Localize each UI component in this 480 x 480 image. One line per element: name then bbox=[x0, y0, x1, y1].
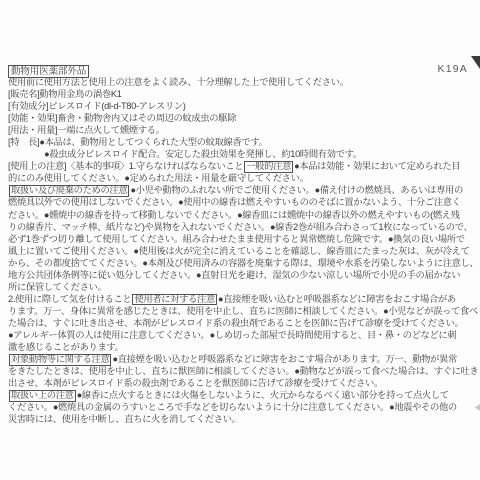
text-line: 地方公共団体条例等に従い処分してください。●直射日光を避け、湿気の少ない涼しい場… bbox=[8, 269, 474, 281]
text-line: 所に保管してください。 bbox=[8, 281, 474, 293]
line-text: 風上に置いてご使用ください。●使用後は火が完全に消えていることを確認し、線香皿に… bbox=[8, 246, 470, 256]
line-text: 2.使用に際して気を付けること bbox=[8, 294, 131, 304]
section-heading-badge: 一般的注意 bbox=[244, 161, 293, 173]
line-text: ●直接煙を吸い込むと呼吸器系などに障害をおこす場合があります。万一、動物が異常 bbox=[112, 354, 457, 364]
text-line: [販売名]動物用金鳥の渦巻K1 bbox=[8, 88, 474, 100]
line-text: [特 長]●本品は、動物用としてつくられた大型の蚊取線香です。 bbox=[8, 137, 268, 147]
text-line: 出させ、本剤がピレスロイド系の殺虫剤であることを獣医師に告げて診療を受けてくださ… bbox=[8, 377, 474, 389]
line-text: 的にのみ使用してください。●定められた用法・用量を厳守してください。 bbox=[8, 173, 309, 183]
text-line: ださい。●燻焼中の線香を持って移動しないでください。●線香皿には燻焼中の線香以外… bbox=[8, 209, 474, 221]
label-content: 動物用医薬部外品 使用前に使用方法と使用上の注意をよく読み、十分理解した上で使用… bbox=[8, 61, 474, 425]
line-text: ●本品は効能・効果において定められた目 bbox=[294, 161, 460, 171]
line-text: 燃焼具以外での使用はしないでください。●使用中の線香は燃えやすいもののそばに置か… bbox=[8, 197, 461, 207]
line-text: 出させ、本剤がピレスロイド系の殺虫剤であることを獣医師に告げて診療を受けてくださ… bbox=[8, 378, 383, 388]
line-text: ●直接煙を吸い込むと呼吸器系などに障害をおこす場合があ bbox=[218, 294, 456, 304]
text-line: [用法・用量]一端に点火して燻煙する。 bbox=[8, 124, 474, 136]
text-line: 燃焼具以外での使用はしないでください。●使用中の線香は燃えやすいもののそばに置か… bbox=[8, 196, 474, 208]
text-line: りの線香片、マッチ棒、紙片など)や異物を入れないでください。●線香2巻が組み合わ… bbox=[8, 221, 474, 233]
line-text: ●線香に点火するときには火傷をしないように、火元からなるべく遠い部分を持って点火… bbox=[77, 390, 449, 400]
text-line: 取扱い上の注意●線香に点火するときには火傷をしないように、火元からなるべく遠い部… bbox=[8, 389, 474, 401]
line-text: ります。万一、身体に異常を感じたときは、使用を中止し、直ちに医師に相談してくださ… bbox=[8, 306, 478, 316]
line-text: ●小児や動物のふれない所でご使用ください。●備え付けの燃焼具、あるいは専用の bbox=[130, 185, 463, 195]
header-row: 動物用医薬部外品 bbox=[8, 61, 474, 76]
text-line: ります。万一、身体に異常を感じたときは、使用を中止し、直ちに医師に相談してくださ… bbox=[8, 305, 474, 317]
line-text: [販売名]動物用金鳥の渦巻K1 bbox=[8, 89, 122, 99]
text-line: [特 長]●本品は、動物用としてつくられた大型の蚊取線香です。 bbox=[8, 136, 474, 148]
line-text: 災害時には、使用を中断し、直ちに火を消してください。 bbox=[8, 414, 241, 424]
line-text: りの線香片、マッチ棒、紙片など)や異物を入れないでください。●線香2巻が組み合わ… bbox=[8, 222, 472, 232]
line-text: [使用上の注意]〈基本的事項〉1.守らなければならないこと bbox=[8, 161, 243, 171]
section-heading-badge: 取扱い及び廃棄のための注意 bbox=[9, 185, 129, 197]
line-text: をきたしたときは、使用を中止し、直ちに獣医師に相談してください。●動物などが誤っ… bbox=[8, 366, 479, 376]
line-text: 必ず1巻ずつ切り離して使用してください。組み合わせたまま使用すると異常燃焼し危険… bbox=[8, 234, 465, 244]
text-line: [使用上の注意]〈基本的事項〉1.守らなければならないこと一般的注意●本品は効能… bbox=[8, 160, 474, 172]
line-text: 所に保管してください。 bbox=[8, 282, 106, 292]
label-sheet: K19A 動物用医薬部外品 使用前に使用方法と使用上の注意をよく読み、十分理解し… bbox=[0, 0, 480, 480]
line-text: [用法・用量]一端に点火して燻煙する。 bbox=[8, 125, 165, 135]
line-text: 地方公共団体条例等に従い処分してください。●直射日光を避け、湿気の少ない涼しい場… bbox=[8, 270, 460, 280]
line-text: 使用前に使用方法と使用上の注意をよく読み、十分理解した上で使用してください。 bbox=[8, 77, 349, 87]
text-line: [効能・効果]畜舎・動物舎内又はその周辺の蚊成虫の駆除 bbox=[8, 112, 474, 124]
section-heading-badge: 使用者に対する注意 bbox=[132, 294, 217, 306]
line-text: ●殺虫成分ピレスロイド配合。安定した殺虫効果を発揮し、約10時間有効です。 bbox=[44, 149, 362, 159]
line-text: ●アレルギー体質の人は使用に注意してください。●しめ切った部屋で長時間使用すると… bbox=[8, 330, 456, 340]
text-line: 2.使用に際して気を付けること使用者に対する注意●直接煙を吸い込むと呼吸器系など… bbox=[8, 293, 474, 305]
line-text: 激を感じることがあります。 bbox=[8, 342, 124, 352]
text-line: をきたしたときは、使用を中止し、直ちに獣医師に相談してください。●動物などが誤っ… bbox=[8, 365, 474, 377]
line-text: から、その都度捨ててください。●本剤及び使用済みの容器を廃棄する際は、環境や水系… bbox=[8, 258, 479, 268]
line-text: た場合は、すぐに吐き出させ、本剤がピレスロイド系の殺虫剤であることを医師に告げて… bbox=[8, 318, 463, 328]
line-text: [有効成分]ピレスロイド(dl-d-T80-アレスリン) bbox=[8, 101, 186, 111]
text-line: ください。●燃焼具の金属のうすいところで手などを切らないように十分に注意してくだ… bbox=[8, 401, 474, 413]
line-text: [効能・効果]畜舎・動物舎内又はその周辺の蚊成虫の駆除 bbox=[8, 113, 236, 123]
text-line: 取扱い及び廃棄のための注意●小児や動物のふれない所でご使用ください。●備え付けの… bbox=[8, 184, 474, 196]
text-line: 的にのみ使用してください。●定められた用法・用量を厳守してください。 bbox=[8, 172, 474, 184]
line-text: ださい。●燻焼中の線香を持って移動しないでください。●線香皿には燻焼中の線香以外… bbox=[8, 210, 460, 220]
text-line: ●アレルギー体質の人は使用に注意してください。●しめ切った部屋で長時間使用すると… bbox=[8, 329, 474, 341]
text-line: 災害時には、使用を中断し、直ちに火を消してください。 bbox=[8, 413, 474, 425]
line-text: ください。●燃焼具の金属のうすいところで手などを切らないように十分に注意してくだ… bbox=[8, 402, 457, 412]
text-line: 激を感じることがあります。 bbox=[8, 341, 474, 353]
text-line: [有効成分]ピレスロイド(dl-d-T80-アレスリン) bbox=[8, 100, 474, 112]
text-line: 風上に置いてご使用ください。●使用後は火が完全に消えていることを確認し、線香皿に… bbox=[8, 245, 474, 257]
section-heading-badge: 対象動物等に関する注意 bbox=[9, 354, 111, 366]
text-line: ●殺虫成分ピレスロイド配合。安定した殺虫効果を発揮し、約10時間有効です。 bbox=[8, 148, 474, 160]
text-line: から、その都度捨ててください。●本剤及び使用済みの容器を廃棄する際は、環境や水系… bbox=[8, 257, 474, 269]
section-heading-badge: 取扱い上の注意 bbox=[9, 390, 76, 402]
text-line: 必ず1巻ずつ切り離して使用してください。組み合わせたまま使用すると異常燃焼し危険… bbox=[8, 233, 474, 245]
edge-tick-mark-icon bbox=[475, 404, 480, 411]
text-line: た場合は、すぐに吐き出させ、本剤がピレスロイド系の殺虫剤であることを医師に告げて… bbox=[8, 317, 474, 329]
text-line: 対象動物等に関する注意●直接煙を吸い込むと呼吸器系などに障害をおこす場合がありま… bbox=[8, 353, 474, 365]
text-line: 使用前に使用方法と使用上の注意をよく読み、十分理解した上で使用してください。 bbox=[8, 76, 474, 88]
